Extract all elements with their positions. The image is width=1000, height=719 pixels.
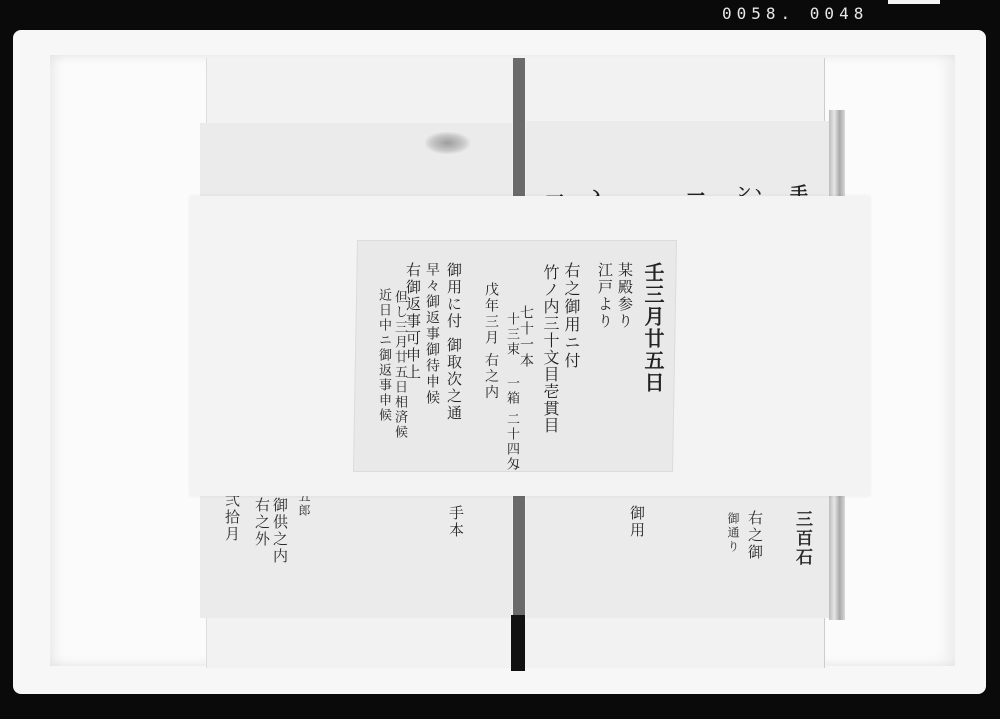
note-column: 某殿参り [617, 262, 632, 330]
note-column: 江戸より [597, 262, 612, 330]
note-column: 近日中ニ御返事申候 [377, 288, 390, 423]
frame-tab [888, 0, 940, 4]
bottom-right-col: 右之御 [745, 510, 766, 561]
note-column: 十三束 [505, 312, 518, 357]
note-column: 但し三月廿五日相済候 [393, 290, 406, 440]
bottom-right-col: 三百石 [790, 510, 815, 567]
note-column: 壬三月廿五日 [643, 262, 663, 394]
note-column: 一箱 二十四匁 [505, 376, 518, 472]
note-column: 竹ノ内三十文目壱貫目 [542, 264, 558, 434]
bottom-left-col: 弐拾月 [222, 492, 243, 543]
note-column: 右御返事可申上 [405, 262, 420, 381]
ink-stain [425, 132, 470, 154]
note-column: 七十一本 [519, 305, 533, 369]
note-column: 早々御返事御待申候 [425, 262, 439, 406]
bottom-left-col: 手本 [446, 505, 467, 539]
bottom-left-col: 御供之内 [270, 497, 291, 565]
bottom-right-col: 御用 [627, 505, 648, 539]
frame-number: 0058. 0048 [722, 4, 868, 23]
bottom-right-col: 御通り [725, 512, 742, 554]
gutter-shadow [511, 615, 525, 671]
note-column: 戊年三月 右之内 [484, 282, 498, 400]
note-column: 御用に付 御取次之通 [446, 262, 461, 422]
note-column: 右之御用ニ付 [563, 262, 579, 370]
